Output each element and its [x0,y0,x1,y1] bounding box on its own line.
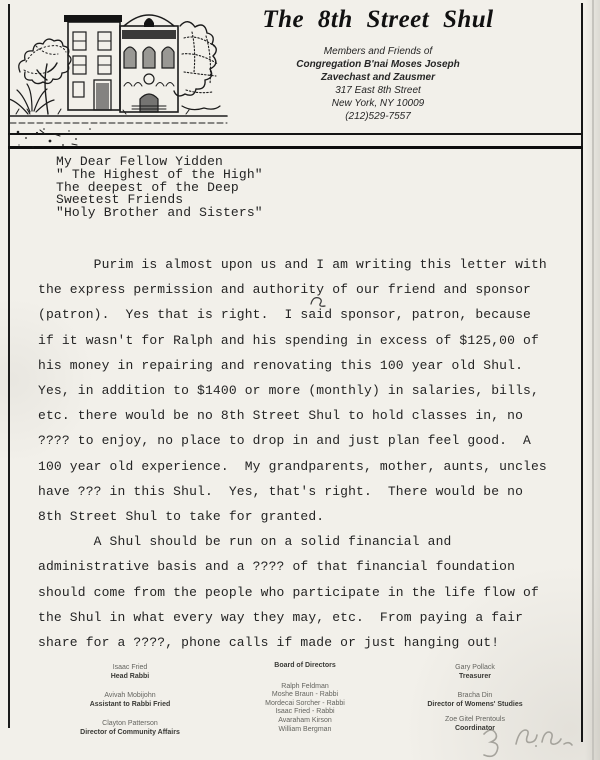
letterhead-phone: (212)529-7557 [228,110,528,123]
staff-entry: Gary Pollack Treasurer [390,664,560,681]
staff-title: Treasurer [390,673,560,682]
letterhead-subtitle-line: Members and Friends of [228,45,528,58]
letter-body: Purim is almost upon us and I am writing… [38,252,547,655]
board-member: Mordecai Sorcher - Rabbi [225,700,385,709]
board-member: Moshe Braun - Rabbi [225,691,385,700]
letterhead-street-address: 317 East 8th Street [228,84,528,97]
staff-entry: Clayton Patterson Director of Community … [30,720,230,737]
letterhead-congregation-name-2: Zavechast and Zausmer [228,71,528,84]
paper-edge-shadow [592,0,594,760]
handwritten-insertion-mark [306,293,328,308]
letterhead-subtitle: Members and Friends of Congregation B'na… [228,45,528,123]
letterhead-congregation-name: Congregation B'nai Moses Joseph [228,58,528,71]
staff-title: Head Rabbi [30,673,230,682]
letterhead: The 8th Street Shul Members and Friends … [228,6,528,123]
staff-entry: Isaac Fried Head Rabbi [30,664,230,681]
staff-title: Coordinator [390,725,560,734]
letterhead-title: The 8th Street Shul [228,6,528,34]
staff-entry: Bracha Din Director of Womens' Studies [390,692,560,709]
staff-name: Isaac Fried [30,664,230,673]
page-border-right [581,3,583,742]
staff-title: Director of Community Affairs [30,729,230,738]
board-member: Isaac Fried - Rabbi [225,708,385,717]
staff-entry: Avivah Mobijohn Assistant to Rabbi Fried [30,692,230,709]
staff-name: Gary Pollack [390,664,560,673]
shul-building-illustration [6,2,231,152]
staff-name: Avivah Mobijohn [30,692,230,701]
board-member: Avaraham Kirson [225,717,385,726]
staff-name: Clayton Patterson [30,720,230,729]
board-heading: Board of Directors [225,662,385,671]
scanned-letter-page: The 8th Street Shul Members and Friends … [0,0,600,760]
staff-title: Director of Womens' Studies [390,701,560,710]
staff-entry: Zoe Gitel Prentouls Coordinator [390,716,560,733]
footer-staff-column: Isaac Fried Head Rabbi Avivah Mobijohn A… [30,664,230,749]
board-member: William Bergman [225,726,385,735]
footer-officers-column: Gary Pollack Treasurer Bracha Din Direct… [390,664,560,745]
staff-name: Bracha Din [390,692,560,701]
footer-board-column: Board of Directors Ralph Feldman Moshe B… [225,662,385,734]
letter-salutation: My Dear Fellow Yidden " The Highest of t… [56,156,263,220]
staff-name: Zoe Gitel Prentouls [390,716,560,725]
staff-title: Assistant to Rabbi Fried [30,701,230,710]
letterhead-city-address: New York, NY 10009 [228,97,528,110]
board-member: Ralph Feldman [225,683,385,692]
